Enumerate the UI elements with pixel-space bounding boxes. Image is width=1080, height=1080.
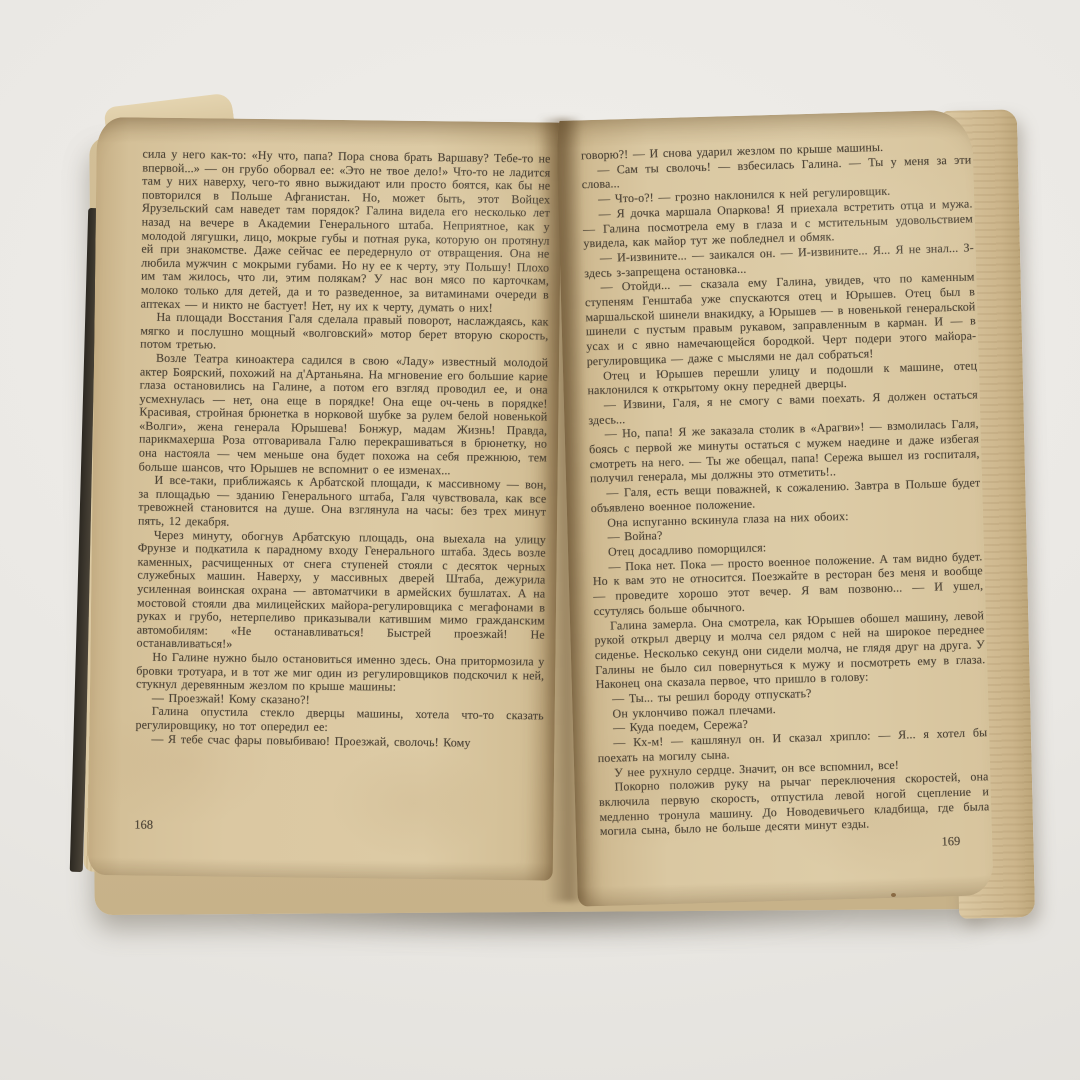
book-gutter: [539, 118, 590, 902]
paragraph: — Но, папа! Я же заказала столик в «Араг…: [589, 417, 980, 487]
paragraph: Но Галине нужно было остановиться именно…: [136, 650, 544, 696]
page-number-left: 168: [134, 818, 153, 833]
paragraph: Возле Театра киноактера садился в свою «…: [139, 351, 548, 478]
paragraph: Галина замерла. Она смотрела, как Юрышев…: [594, 608, 986, 692]
paper-speck: [891, 893, 896, 897]
paragraph: — Пока нет. Пока — просто военное положе…: [592, 549, 983, 619]
right-page-text: говорю?! — И снова ударил жезлом по крыш…: [581, 137, 991, 860]
paragraph: На площади Восстания Галя сделала правый…: [140, 311, 548, 357]
paragraph: сила у него как-то: «Ну что, папа? Пора …: [141, 148, 551, 316]
paragraph: Через минуту, обогнув Арбатскую площадь,…: [136, 528, 545, 655]
paragraph: Покорно положив руку на рычаг переключен…: [598, 769, 989, 839]
paragraph: И все-таки, приближаясь к Арбатской площ…: [138, 474, 547, 533]
page-number-right: 169: [941, 834, 960, 850]
left-page-text: сила у него как-то: «Ну что, папа? Пора …: [134, 148, 550, 823]
right-page: говорю?! — И снова ударил жезлом по крыш…: [556, 109, 994, 906]
left-page: сила у него как-то: «Ну что, папа? Пора …: [88, 117, 562, 881]
book-photo: сила у него как-то: «Ну что, папа? Пора …: [0, 0, 1080, 1080]
paragraph: — Отойди... — сказала ему Галина, увидев…: [584, 270, 976, 369]
